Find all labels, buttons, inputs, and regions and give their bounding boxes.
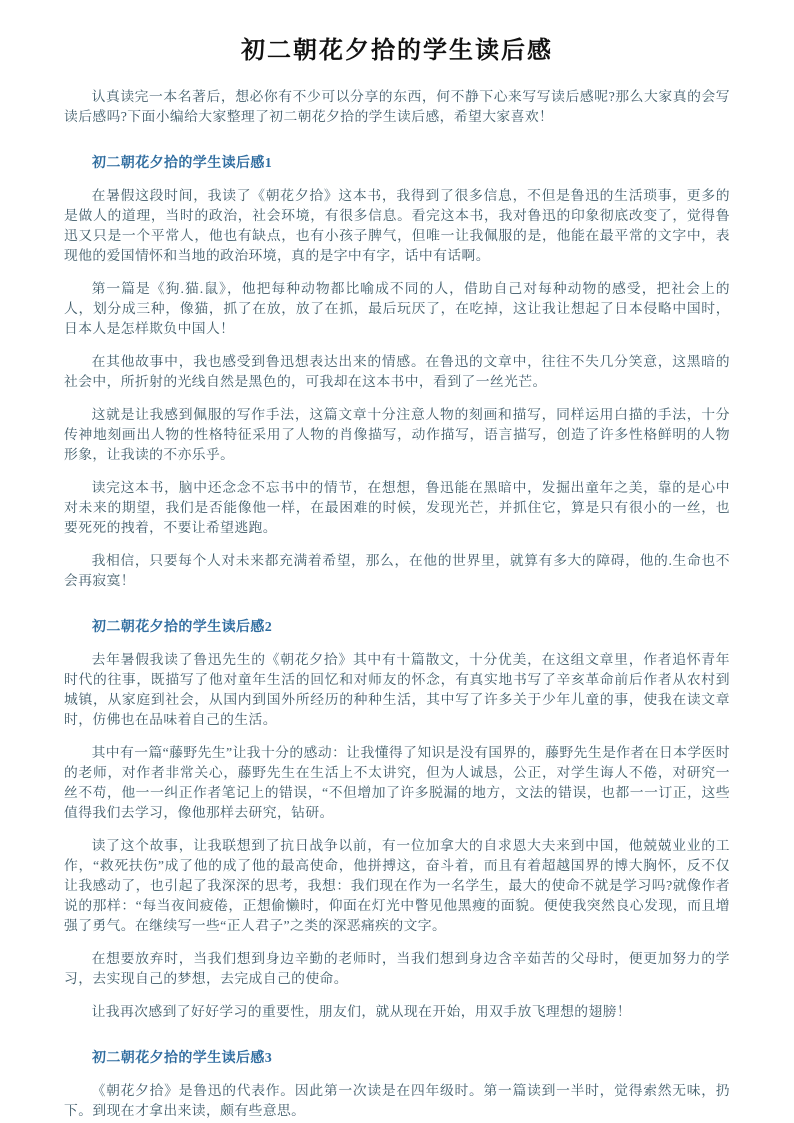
paragraph: 《朝花夕拾》是鲁迅的代表作。因此第一次读是在四年级时。第一篇读到一半时，觉得索然…: [64, 1081, 730, 1121]
paragraph: 这就是让我感到佩服的写作手法，这篇文章十分注意人物的刻画和描写，同样运用白描的手…: [64, 405, 730, 465]
intro-paragraph: 认真读完一本名著后，想必你有不少可以分享的东西，何不静下心来写写读后感呢?那么大…: [64, 87, 730, 127]
paragraph: 在想要放弃时，当我们想到身边辛勤的老师时，当我们想到身边含辛茹苦的父母时，便更加…: [64, 949, 730, 989]
section: 初二朝花夕拾的学生读后感1 在暑假这段时间，我读了《朝花夕拾》这本书，我得到了很…: [64, 152, 730, 591]
paragraph: 其中有一篇“藤野先生”让我十分的感动：让我懂得了知识是没有国界的，藤野先生是作者…: [64, 743, 730, 823]
section-paragraphs: 《朝花夕拾》是鲁迅的代表作。因此第一次读是在四年级时。第一篇读到一半时，觉得索然…: [64, 1081, 730, 1121]
sections: 初二朝花夕拾的学生读后感1 在暑假这段时间，我读了《朝花夕拾》这本书，我得到了很…: [64, 152, 730, 1121]
paragraph: 去年暑假我读了鲁迅先生的《朝花夕拾》其中有十篇散文，十分优美，在这组文章里，作者…: [64, 650, 730, 730]
section-heading: 初二朝花夕拾的学生读后感2: [64, 616, 730, 636]
section-paragraphs: 去年暑假我读了鲁迅先生的《朝花夕拾》其中有十篇散文，十分优美，在这组文章里，作者…: [64, 650, 730, 1022]
page-title: 初二朝花夕拾的学生读后感: [64, 30, 730, 65]
section-paragraphs: 在暑假这段时间，我读了《朝花夕拾》这本书，我得到了很多信息，不但是鲁迅的生活琐事…: [64, 186, 730, 591]
paragraph: 读完这本书，脑中还念念不忘书中的情节，在想想，鲁迅能在黑暗中，发掘出童年之美，靠…: [64, 478, 730, 538]
section-heading: 初二朝花夕拾的学生读后感3: [64, 1047, 730, 1067]
section: 初二朝花夕拾的学生读后感2 去年暑假我读了鲁迅先生的《朝花夕拾》其中有十篇散文，…: [64, 616, 730, 1022]
document-page: 初二朝花夕拾的学生读后感 认真读完一本名著后，想必你有不少可以分享的东西，何不静…: [0, 0, 794, 1123]
paragraph: 在暑假这段时间，我读了《朝花夕拾》这本书，我得到了很多信息，不但是鲁迅的生活琐事…: [64, 186, 730, 266]
paragraph: 让我再次感到了好好学习的重要性，朋友们，就从现在开始，用双手放飞理想的翅膀！: [64, 1002, 730, 1022]
paragraph: 在其他故事中，我也感受到鲁迅想表达出来的情感。在鲁迅的文章中，往往不失几分笑意，…: [64, 352, 730, 392]
paragraph: 我相信，只要每个人对未来都充满着希望，那么，在他的世界里，就算有多大的障碍，他的…: [64, 551, 730, 591]
section: 初二朝花夕拾的学生读后感3 《朝花夕拾》是鲁迅的代表作。因此第一次读是在四年级时…: [64, 1047, 730, 1121]
paragraph: 读了这个故事，让我联想到了抗日战争以前，有一位加拿大的自求恩大夫来到中国，他兢兢…: [64, 836, 730, 936]
paragraph: 第一篇是《狗.猫.鼠》，他把每种动物都比喻成不同的人，借助自己对每种动物的感受，…: [64, 279, 730, 339]
section-heading: 初二朝花夕拾的学生读后感1: [64, 152, 730, 172]
